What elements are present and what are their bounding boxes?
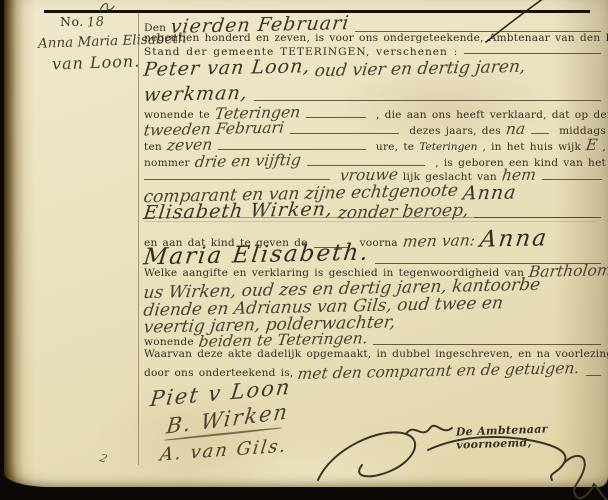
printed-text: wonende [144,336,194,348]
handwritten-entry: Elisabeth Wirken, [142,198,334,224]
fill-line [474,217,601,218]
printed-text: Waarvan deze akte dadelijk opgemaakt, in… [144,348,608,360]
margin-annotation: No.18 Anna Maria Elisabeth van Loon. [38,14,140,72]
margin-bottom-mark: 2 [98,451,109,466]
handwritten-entry: met den comparant en de getuigen. [297,359,581,383]
handwritten-entry: Peter van Loon, [142,55,311,80]
act-line: door ons onderteekend is, met den compar… [144,362,606,380]
fill-line [254,100,601,101]
handwritten-entry: zonder beroep, [336,201,469,224]
pen-mark-icon [96,0,120,14]
act-line: wonende beiden te Teteringen. [144,331,606,349]
act-line: Peter van Loon, oud vier en dertig jaren… [144,57,606,79]
fill-line [464,53,601,54]
fill-line [144,179,330,180]
fill-line [218,149,366,150]
act-line: Elisabeth Wirken, zonder beroep, [144,200,606,222]
handwritten-entry: oud vier en dertig jaren, [314,57,527,81]
officer-signature-scrawl [310,422,608,500]
birth-record-scan: No.18 Anna Maria Elisabeth van Loon. Den… [0,0,608,500]
act-number-value: 18 [86,14,105,30]
margin-divider-rule [138,13,139,465]
act-line: negentien honderd en zeven, is voor ons … [144,32,606,44]
act-line: werkman, [144,83,606,105]
fill-line [531,133,549,134]
act-line: Waarvan deze akte dadelijk opgemaakt, in… [144,348,606,360]
fill-line [542,179,602,180]
handwritten-entry: werkman, [143,82,250,106]
fill-line [586,375,601,376]
fill-line [290,133,399,134]
fill-line [306,117,366,118]
margin-child-name: Anna Maria Elisabeth [38,32,140,52]
act-number-row: No.18 [38,14,140,30]
margin-child-surname: van Loon. [52,51,141,73]
printed-text: negentien honderd en zeven, is voor ons … [144,32,608,44]
act-number-label: No. [60,14,84,29]
fill-line [373,344,601,345]
register-page: No.18 Anna Maria Elisabeth van Loon. Den… [4,0,608,487]
